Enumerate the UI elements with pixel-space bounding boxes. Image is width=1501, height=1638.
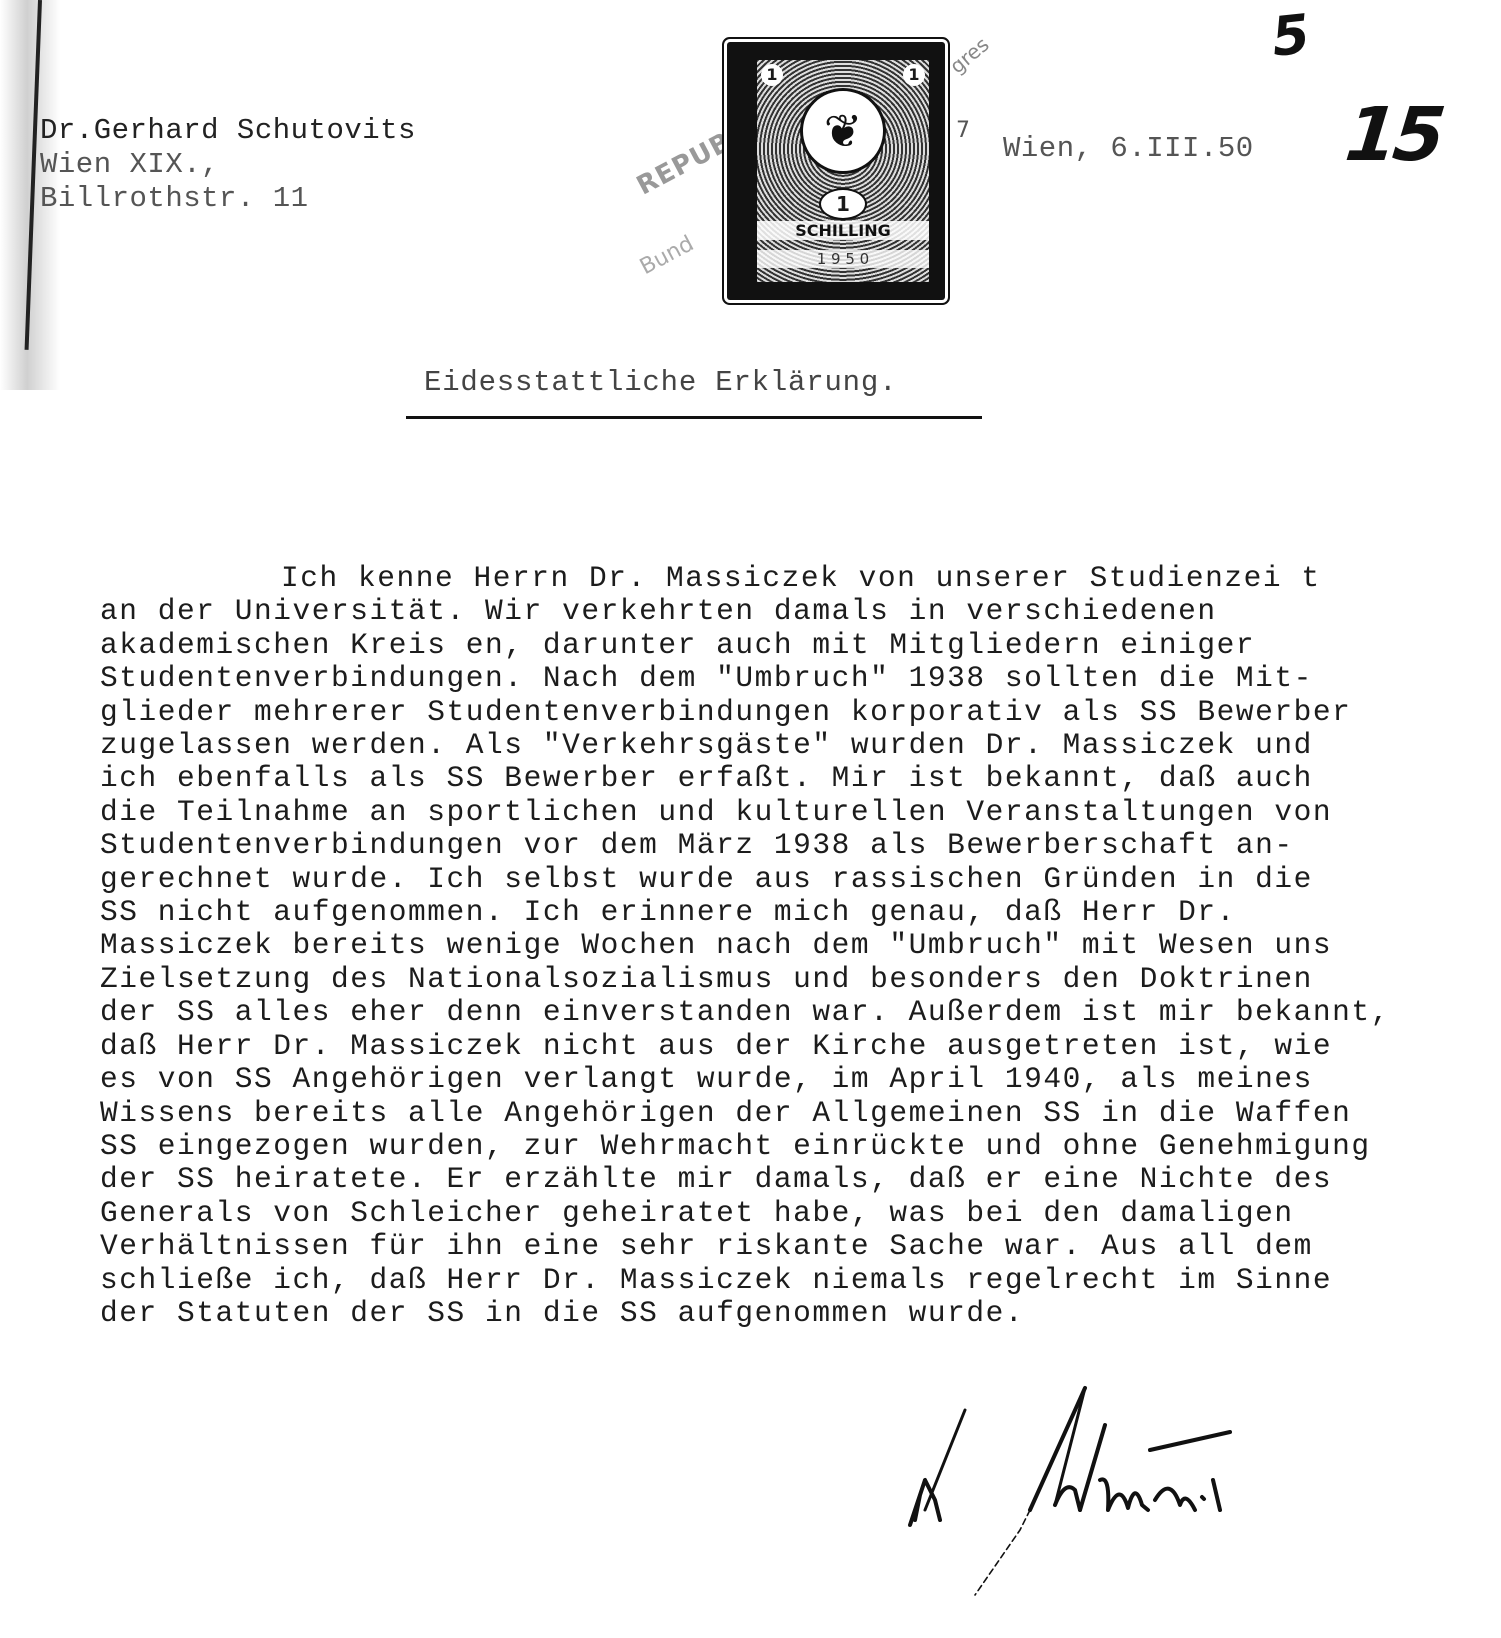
sender-district: Wien XIX.,: [40, 148, 416, 182]
sender-street: Billrothstr. 11: [40, 182, 416, 216]
body-line: es von SS Angehörigen verlangt wurde, im…: [100, 1063, 1390, 1096]
place-and-date: Wien, 6.III.50: [1003, 132, 1254, 165]
body-line: Zielsetzung des Nationalsozialismus und …: [100, 963, 1390, 996]
body-line: zugelassen werden. Als "Verkehrsgäste" w…: [100, 729, 1390, 762]
body-line: Verhältnissen für ihn eine sehr riskante…: [100, 1230, 1390, 1263]
stamp-cancellation-number: 7: [956, 118, 970, 143]
body-line: an der Universität. Wir verkehrten damal…: [100, 595, 1390, 628]
body-line: der SS heiratete. Er erzählte mir damals…: [100, 1163, 1390, 1196]
coat-of-arms-eagle-icon: ❦: [800, 88, 886, 174]
body-line: Studentenverbindungen vor dem März 1938 …: [100, 829, 1390, 862]
body-line: der SS alles eher denn einverstanden war…: [100, 996, 1390, 1029]
body-line: SS eingezogen wurden, zur Wehrmacht einr…: [100, 1130, 1390, 1163]
declaration-body: Ich kenne Herrn Dr. Massiczek von unsere…: [100, 562, 1390, 1330]
body-line: Studentenverbindungen. Nach dem "Umbruch…: [100, 662, 1390, 695]
stamp-value-numeral: 1: [819, 188, 867, 220]
body-line: die Teilnahme an sportlichen und kulture…: [100, 796, 1390, 829]
body-line: Wissens bereits alle Angehörigen der All…: [100, 1097, 1390, 1130]
body-line: SS nicht aufgenommen. Ich erinnere mich …: [100, 896, 1390, 929]
body-line: Ich kenne Herrn Dr. Massiczek von unsere…: [100, 562, 1390, 595]
handwritten-folio-large: 15: [1341, 92, 1445, 178]
stamp-cancellation-text-right: gres: [945, 32, 994, 78]
stamp-year-overprint: 1 9 5 0: [757, 250, 929, 268]
body-line: schließe ich, daß Herr Dr. Massiczek nie…: [100, 1264, 1390, 1297]
sender-address-block: Dr.Gerhard Schutovits Wien XIX., Billrot…: [40, 114, 416, 216]
body-line: der Statuten der SS in die SS aufgenomme…: [100, 1297, 1390, 1330]
handwritten-folio-small: 5: [1269, 2, 1313, 69]
title-underline: [406, 416, 982, 419]
body-line: Massiczek bereits wenige Wochen nach dem…: [100, 929, 1390, 962]
revenue-stamp: 1 1 ❦ 1 SCHILLING 1 9 5 0: [727, 42, 945, 300]
body-line: akademischen Kreis en, darunter auch mit…: [100, 629, 1390, 662]
stamp-currency: SCHILLING: [757, 221, 929, 240]
stamp-cancellation-text: REPUB: [632, 127, 737, 202]
document-title: Eidesstattliche Erklärung.: [424, 366, 897, 399]
stamp-design: 1 1 ❦ 1 SCHILLING 1 9 5 0: [755, 58, 931, 284]
body-line: gerechnet wurde. Ich selbst wurde aus ra…: [100, 863, 1390, 896]
handwritten-signature: [880, 1380, 1240, 1620]
body-line: ich ebenfalls als SS Bewerber erfaßt. Mi…: [100, 762, 1390, 795]
stamp-corner-value: 1: [903, 64, 925, 86]
body-line: glieder mehrerer Studentenverbindungen k…: [100, 696, 1390, 729]
stamp-cancellation-text-2: Bund: [636, 231, 698, 280]
body-line: daß Herr Dr. Massiczek nicht aus der Kir…: [100, 1030, 1390, 1063]
sender-name: Dr.Gerhard Schutovits: [40, 114, 416, 148]
stamp-corner-value: 1: [761, 64, 783, 86]
body-line: Generals von Schleicher geheiratet habe,…: [100, 1197, 1390, 1230]
